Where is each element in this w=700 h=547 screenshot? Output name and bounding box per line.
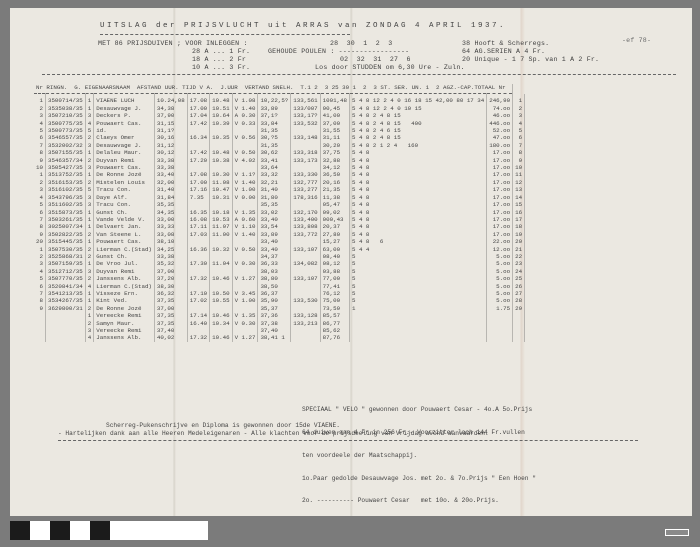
distance: 38,10	[154, 238, 187, 245]
table-row: 53500773/355id.31,1?31,3531,555 4 8 2 4 …	[34, 127, 525, 134]
arrival-time	[187, 327, 209, 334]
arrival-time: 17.16	[187, 186, 209, 193]
owner-name: Mistelen Louis	[94, 179, 155, 186]
row-index: 12	[513, 179, 525, 186]
velocity	[291, 253, 320, 260]
adjusted-time: 37,38	[258, 320, 291, 327]
row-number: 10	[34, 164, 45, 171]
flight-time: 11.08	[210, 179, 232, 186]
correction: V 4.02	[232, 157, 258, 164]
row-index: 20	[513, 238, 525, 245]
row-index: 4	[513, 120, 525, 127]
adjusted-time: 36,37	[258, 290, 291, 297]
velocity: 133,107	[291, 275, 320, 282]
adjusted-time: 33,40	[258, 238, 291, 245]
flight-time	[210, 238, 232, 245]
prize-columns: 5 4 8 12 2 4 0 10 15	[350, 105, 487, 112]
velocity	[291, 305, 320, 312]
table-header-row: Nr RINGN. G. EIGENAARSNAAM AFSTAND UUR. …	[34, 84, 525, 94]
distance: 37,00	[154, 268, 187, 275]
arrival-time	[187, 305, 209, 312]
ring-number: 3546357/34	[45, 157, 85, 164]
flight-time: 10.51	[210, 105, 232, 112]
entry-count: 1	[85, 223, 93, 230]
row-number: 9	[34, 231, 45, 238]
footer-divider	[58, 440, 638, 441]
prize-columns: 1	[350, 305, 487, 312]
prize-columns	[350, 327, 487, 334]
table-row: 73503261/351Vande Velde V.33,0016.0810.5…	[34, 216, 525, 223]
row-number: 4	[34, 120, 45, 127]
velocity: 133,277	[291, 186, 320, 193]
table-row: 13500714/351VIAENE LUCH10.24,0817.0810.4…	[34, 94, 525, 105]
velocity	[291, 334, 320, 341]
velocity	[291, 142, 320, 149]
ring-number: 3629800/31	[45, 305, 85, 312]
entry-count: 4	[85, 283, 93, 290]
total-amount	[487, 320, 513, 327]
entry-count: 1	[85, 216, 93, 223]
distance: 37,90	[154, 112, 187, 119]
row-index: 24	[513, 268, 525, 275]
row-index: 3	[513, 112, 525, 119]
correction: V 1.40	[232, 231, 258, 238]
velocity	[291, 290, 320, 297]
ring-number: 3520841/34	[45, 283, 85, 290]
prize-columns: 5 4 8 2 1 2 4 160	[350, 142, 487, 149]
adjusted-time: 31,35	[258, 127, 291, 134]
row-number	[34, 327, 45, 334]
owner-name: Janssens Alb.	[94, 334, 155, 341]
correction: V 1.35	[232, 312, 258, 319]
owner-name: Duyvan Remi	[94, 157, 155, 164]
speed: 73,59	[320, 305, 349, 312]
ring-number: 3507770/35	[45, 275, 85, 282]
velocity: 133,330	[291, 171, 320, 178]
note-line: 2o. ---------- Pouwaert Cesar met 10o. &…	[302, 497, 536, 505]
row-number	[34, 334, 45, 341]
entry-count: 1	[85, 238, 93, 245]
ruler-mark	[665, 529, 689, 536]
velocity: 132,170	[291, 209, 320, 216]
correction: V 0.56	[232, 134, 258, 141]
velocity: 133,128	[291, 312, 320, 319]
table-header: Nr RINGN. G. EIGENAARSNAAM AFSTAND UUR. …	[34, 84, 513, 94]
total-amount: 446.oo	[487, 120, 513, 127]
table-row: 93546357/342Duyvan Remi33,3817.2010.38V …	[34, 157, 525, 164]
ring-number: 3516102/35	[45, 186, 85, 193]
prize-columns: 5 4 8	[350, 201, 487, 208]
title-underline	[100, 34, 350, 35]
prize-columns: 5 4 8	[350, 209, 487, 216]
speed: 20,37	[320, 223, 349, 230]
row-index: 9	[513, 157, 525, 164]
prize-columns: 5 4 8	[350, 216, 487, 223]
table-row: 2Samyn Maur.37,3516.4010.34V 0.3037,3813…	[34, 320, 525, 327]
flight-time: 10.48	[210, 149, 232, 156]
owner-name: Duyvan Remi	[94, 268, 155, 275]
adjusted-time: 36,33	[258, 260, 291, 267]
row-number: 2	[34, 179, 45, 186]
total-amount: 5.oo	[487, 275, 513, 282]
flight-time	[210, 253, 232, 260]
adjusted-time: 38,41 1	[258, 334, 291, 341]
owner-name: Vereecke Remi	[94, 312, 155, 319]
scale-block-black	[50, 521, 70, 540]
arrival-time	[187, 142, 209, 149]
total-amount: 17.oo	[487, 223, 513, 230]
row-index: 19	[513, 231, 525, 238]
row-number: 20	[34, 238, 45, 245]
arrival-time: 17.14	[187, 312, 209, 319]
prize-columns: 5	[350, 260, 487, 267]
arrival-time	[187, 268, 209, 275]
table-row: 93629800/312De Ronne Jozé37,0035,3773,59…	[34, 305, 525, 312]
speed: 77,00	[320, 275, 349, 282]
prize-columns: 5	[350, 268, 487, 275]
row-index: 23	[513, 260, 525, 267]
owner-name: Janssens Alb.	[94, 275, 155, 282]
row-index: 7	[513, 142, 525, 149]
header-line4-mid: Los door STUDDEN om 6,30 Ure - Zuln.	[315, 64, 465, 72]
distance: 37,20	[154, 275, 187, 282]
table-row: 63546557/352Claeys Omer30,1616.3410.35V …	[34, 134, 525, 141]
ring-number: 3500773/35	[45, 127, 85, 134]
total-amount: 5.oo	[487, 268, 513, 275]
distance: 33,00	[154, 216, 187, 223]
row-number: 5	[34, 127, 45, 134]
owner-name: Pouwaert Cas.	[94, 164, 155, 171]
adjusted-time: 33,89	[258, 231, 291, 238]
scale-block-white	[110, 521, 208, 540]
arrival-time	[187, 238, 209, 245]
correction: V 3.45	[232, 290, 258, 297]
entry-count: 3	[85, 268, 93, 275]
arrival-time: 17.42	[187, 120, 209, 127]
flight-time: 10.31	[210, 194, 232, 201]
adjusted-time: 35,37	[258, 305, 291, 312]
speed: 27,80	[320, 231, 349, 238]
row-index: 15	[513, 201, 525, 208]
flight-time	[210, 283, 232, 290]
entry-count: 2	[85, 320, 93, 327]
scale-block-white	[70, 521, 90, 540]
row-index	[513, 327, 525, 334]
entry-count: 1	[85, 297, 93, 304]
row-index: 11	[513, 171, 525, 178]
header-line3-left: 18 A ... 2 Fr	[192, 56, 246, 64]
speed: 85,62	[320, 327, 349, 334]
entry-count: 4	[85, 334, 93, 341]
row-number: 9	[34, 157, 45, 164]
flight-time: 10.53	[210, 216, 232, 223]
prize-columns: 5 4 8	[350, 164, 487, 171]
entry-count: 1	[85, 149, 93, 156]
header-line3-mid: 02 32 31 27 6	[340, 56, 411, 64]
arrival-time: 17.08	[187, 94, 209, 105]
header-line1-mid: 28 30 1 2 3	[330, 40, 392, 48]
adjusted-time: 33,02	[258, 209, 291, 216]
distance: 37,35	[154, 297, 187, 304]
velocity: 133,532	[291, 120, 320, 127]
adjusted-time: 33,40	[258, 246, 291, 253]
header-divider	[42, 74, 676, 75]
flight-time	[210, 268, 232, 275]
entry-count: 2	[85, 134, 93, 141]
prize-columns: 5	[350, 290, 487, 297]
row-index: 27	[513, 290, 525, 297]
owner-name: Gunst Ch.	[94, 209, 155, 216]
note-line: SPECIAAL " VELO " gewonnen door Pouwaert…	[302, 406, 536, 414]
arrival-time: 17.10	[187, 290, 209, 297]
total-amount	[487, 312, 513, 319]
distance: 34,38	[154, 105, 187, 112]
table-row: 33516102/355Tracu Con.31,4017.1610.47V 1…	[34, 186, 525, 193]
row-number: 3	[34, 112, 45, 119]
total-amount: 52.oo	[487, 127, 513, 134]
flight-time: 10.18	[210, 209, 232, 216]
owner-name: Tracu Con.	[94, 186, 155, 193]
correction: V 0.00	[232, 194, 258, 201]
total-amount: 17.oo	[487, 179, 513, 186]
prize-columns: 5 4 8 2 4 8 15	[350, 134, 487, 141]
owner-name: De Ronne Jozé	[94, 305, 155, 312]
flight-time	[210, 201, 232, 208]
ring-number: 3503261/35	[45, 216, 85, 223]
row-number: 4	[34, 194, 45, 201]
footer-line2: - Hartelijken dank aan alle Heeren Medel…	[58, 430, 489, 437]
total-amount: 17.oo	[487, 186, 513, 193]
speed: 30,20	[320, 142, 349, 149]
owner-name: Delaleu Maur.	[94, 149, 155, 156]
total-amount: 12.oo	[487, 246, 513, 253]
velocity: 133,318	[291, 149, 320, 156]
correction	[232, 164, 258, 171]
flight-time: 11.07	[210, 223, 232, 230]
speed: 03,88	[320, 268, 349, 275]
adjusted-time: 33,32	[258, 171, 291, 178]
prize-columns: 5 4 8	[350, 179, 487, 186]
total-amount: 180.oo	[487, 142, 513, 149]
entry-count: 3	[85, 327, 93, 334]
velocity: 132,777	[291, 179, 320, 186]
prize-columns: 5 4 8 6	[350, 238, 487, 245]
row-index: 28	[513, 297, 525, 304]
owner-name: Pouwaert Cas.	[94, 120, 155, 127]
flight-time: 10.32	[210, 246, 232, 253]
speed: 85,57	[320, 312, 349, 319]
owner-name: Kint Ved.	[94, 297, 155, 304]
distance: 32,00	[154, 179, 187, 186]
correction: V 1.00	[232, 186, 258, 193]
adjusted-time: 31,80	[258, 194, 291, 201]
table-row: 93502822/352Van Steene L.33,0817.0311.00…	[34, 231, 525, 238]
header-line1-right: 38 Hooft & Scherregs.	[462, 40, 549, 48]
prize-columns: 5	[350, 275, 487, 282]
correction	[232, 268, 258, 275]
table-row: 33507210/353Deckers P.37,9017.0410.64A 0…	[34, 112, 525, 119]
ring-number: 3511602/35	[45, 201, 85, 208]
flight-time: 10.48	[210, 94, 232, 105]
note-line: 1o.Paar gedolde Desauwvage Jos. met 2o. …	[302, 475, 536, 483]
arrival-time: 7.35	[187, 194, 209, 201]
total-amount: 74.oo	[487, 105, 513, 112]
adjusted-time: 30,62	[258, 149, 291, 156]
ring-number	[45, 312, 85, 319]
table-row: 83507155/351Delaleu Maur.30,1217.4210.48…	[34, 149, 525, 156]
owner-name: Vande Velde V.	[94, 216, 155, 223]
ring-number: 3534267/35	[45, 297, 85, 304]
table-row: 13507530/352Lierman C.(Stad)34,2516.3610…	[34, 246, 525, 253]
speed: 000,43	[320, 216, 349, 223]
row-number	[34, 312, 45, 319]
table-body: 13500714/351VIAENE LUCH10.24,0817.0810.4…	[34, 94, 525, 342]
prize-columns: 5 4 8	[350, 157, 487, 164]
distance: 40,02	[154, 334, 187, 341]
adjusted-time: 37,36	[258, 312, 291, 319]
entry-count: 3	[85, 142, 93, 149]
owner-name: VIAENE LUCH	[94, 94, 155, 105]
arrival-time: 17.32	[187, 334, 209, 341]
header-line2-mid: GEHOUDE POULEN : -----------------	[268, 48, 409, 56]
velocity: 133,173	[291, 157, 320, 164]
table-row: 43543796/353Daye Alf.31,847.3510.31V 0.0…	[34, 194, 525, 201]
flight-time: 10.50	[210, 290, 232, 297]
flight-time: 10.35	[210, 134, 232, 141]
row-number: 3	[34, 260, 45, 267]
total-amount: 17.oo	[487, 231, 513, 238]
velocity: 133,808	[291, 223, 320, 230]
distance: 33,33	[154, 223, 187, 230]
owner-name: Van Steene L.	[94, 231, 155, 238]
velocity	[291, 164, 320, 171]
table-row: 33507159/351De Vroo Jul.35,3217.3011.04V…	[34, 260, 525, 267]
speed: 20,16	[320, 179, 349, 186]
entry-count: 2	[85, 253, 93, 260]
distance: 33,38	[154, 164, 187, 171]
distance: 31,12	[154, 142, 187, 149]
prize-columns: 5 4 8 2 4 8 15 400	[350, 120, 487, 127]
speed: 87,76	[320, 334, 349, 341]
velocity: 133,17?	[291, 112, 320, 119]
correction: V 0.50	[232, 149, 258, 156]
total-amount: 17.oo	[487, 201, 513, 208]
row-number: 8	[34, 223, 45, 230]
total-amount: 17.oo	[487, 164, 513, 171]
row-index: 13	[513, 186, 525, 193]
arrival-time: 16.36	[187, 246, 209, 253]
row-number: 2	[34, 253, 45, 260]
arrival-time: 16.40	[187, 320, 209, 327]
distance: 37,35	[154, 312, 187, 319]
table-row: 43512712/353Duyvan Remi37,0038,0303,8855…	[34, 268, 525, 275]
row-index: 6	[513, 134, 525, 141]
arrival-time	[187, 253, 209, 260]
speed: 09,02	[320, 209, 349, 216]
velocity: 134,082	[291, 260, 320, 267]
adjusted-time: 30,?5	[258, 134, 291, 141]
arrival-time: 17.04	[187, 112, 209, 119]
row-number: 6	[34, 134, 45, 141]
speed: 08,12	[320, 260, 349, 267]
entry-count: 4	[85, 120, 93, 127]
row-number: 1	[34, 171, 45, 178]
row-number: 7	[34, 290, 45, 297]
entry-count: 2	[85, 305, 93, 312]
flight-time: 11.04	[210, 260, 232, 267]
adjusted-time: 34,37	[258, 253, 291, 260]
correction: V 1.40	[232, 105, 258, 112]
header-line3-right: 20 Unique - 1 7 Sp. van 1 A 2 Fr.	[462, 56, 599, 64]
table-row: 63515873/351Gunst Ch.34,3516.3510.18V 1.…	[34, 209, 525, 216]
prize-columns	[350, 312, 487, 319]
row-index	[513, 312, 525, 319]
entry-count: 5	[85, 127, 93, 134]
correction: V 1.35	[232, 209, 258, 216]
velocity: 133,148	[291, 134, 320, 141]
distance: 35,35	[154, 201, 187, 208]
total-amount: 17.oo	[487, 171, 513, 178]
speed: 36,50	[320, 171, 349, 178]
velocity	[291, 283, 320, 290]
table-row: 23516153/352Mistelen Louis32,0017.0011.0…	[34, 179, 525, 186]
distance: 31,40	[154, 186, 187, 193]
document-title: UITSLAG der PRIJSVLUCHT uit ARRAS van ZO…	[100, 22, 506, 30]
owner-name: De Ronne Jozé	[94, 171, 155, 178]
table-row: 53507770/352Janssens Alb.37,2017.3210.46…	[34, 275, 525, 282]
speed: 15,27	[320, 238, 349, 245]
prize-columns: 5 4 8	[350, 149, 487, 156]
ring-number	[45, 334, 85, 341]
velocity: 133,213	[291, 320, 320, 327]
ring-number	[45, 327, 85, 334]
row-index: 5	[513, 127, 525, 134]
distance: 37,40	[154, 327, 187, 334]
arrival-time	[187, 201, 209, 208]
correction: V 1.00	[232, 297, 258, 304]
total-amount: 5.oo	[487, 283, 513, 290]
owner-name: Desauwvage J.	[94, 142, 155, 149]
flight-time: 10.38	[210, 157, 232, 164]
scale-block-black	[10, 521, 30, 540]
scale-block-white	[30, 521, 50, 540]
adjusted-time: 38,80	[258, 275, 291, 282]
ring-number: 3025007/34	[45, 223, 85, 230]
correction: V 1.40	[232, 179, 258, 186]
row-number: 5	[34, 201, 45, 208]
correction	[232, 238, 258, 245]
entry-count: 1	[85, 260, 93, 267]
table-row: 13513752/351De Ronne Jozé33,4017.0810.30…	[34, 171, 525, 178]
correction	[232, 142, 258, 149]
adjusted-time: 38,50	[258, 283, 291, 290]
velocity	[291, 201, 320, 208]
ring-number: 3543796/35	[45, 194, 85, 201]
entry-count: 3	[85, 194, 93, 201]
owner-name: Tracu Con.	[94, 201, 155, 208]
correction: V 1.1?	[232, 171, 258, 178]
speed: 34,12	[320, 164, 349, 171]
total-amount: 17.oo	[487, 209, 513, 216]
table-row: 43500775/354Pouwaert Cas.31,1517.4210.39…	[34, 120, 525, 127]
prize-columns: 5	[350, 297, 487, 304]
owner-name: Lierman C.(Stad)	[94, 283, 155, 290]
row-number: 8	[34, 149, 45, 156]
header-line1-left: MET 86 PRIJSDUIVEN ; VOOR INLEGGEN :	[98, 40, 248, 48]
arrival-time: 16.08	[187, 216, 209, 223]
correction: V 1.10	[232, 223, 258, 230]
flight-time: 10.46	[210, 275, 232, 282]
